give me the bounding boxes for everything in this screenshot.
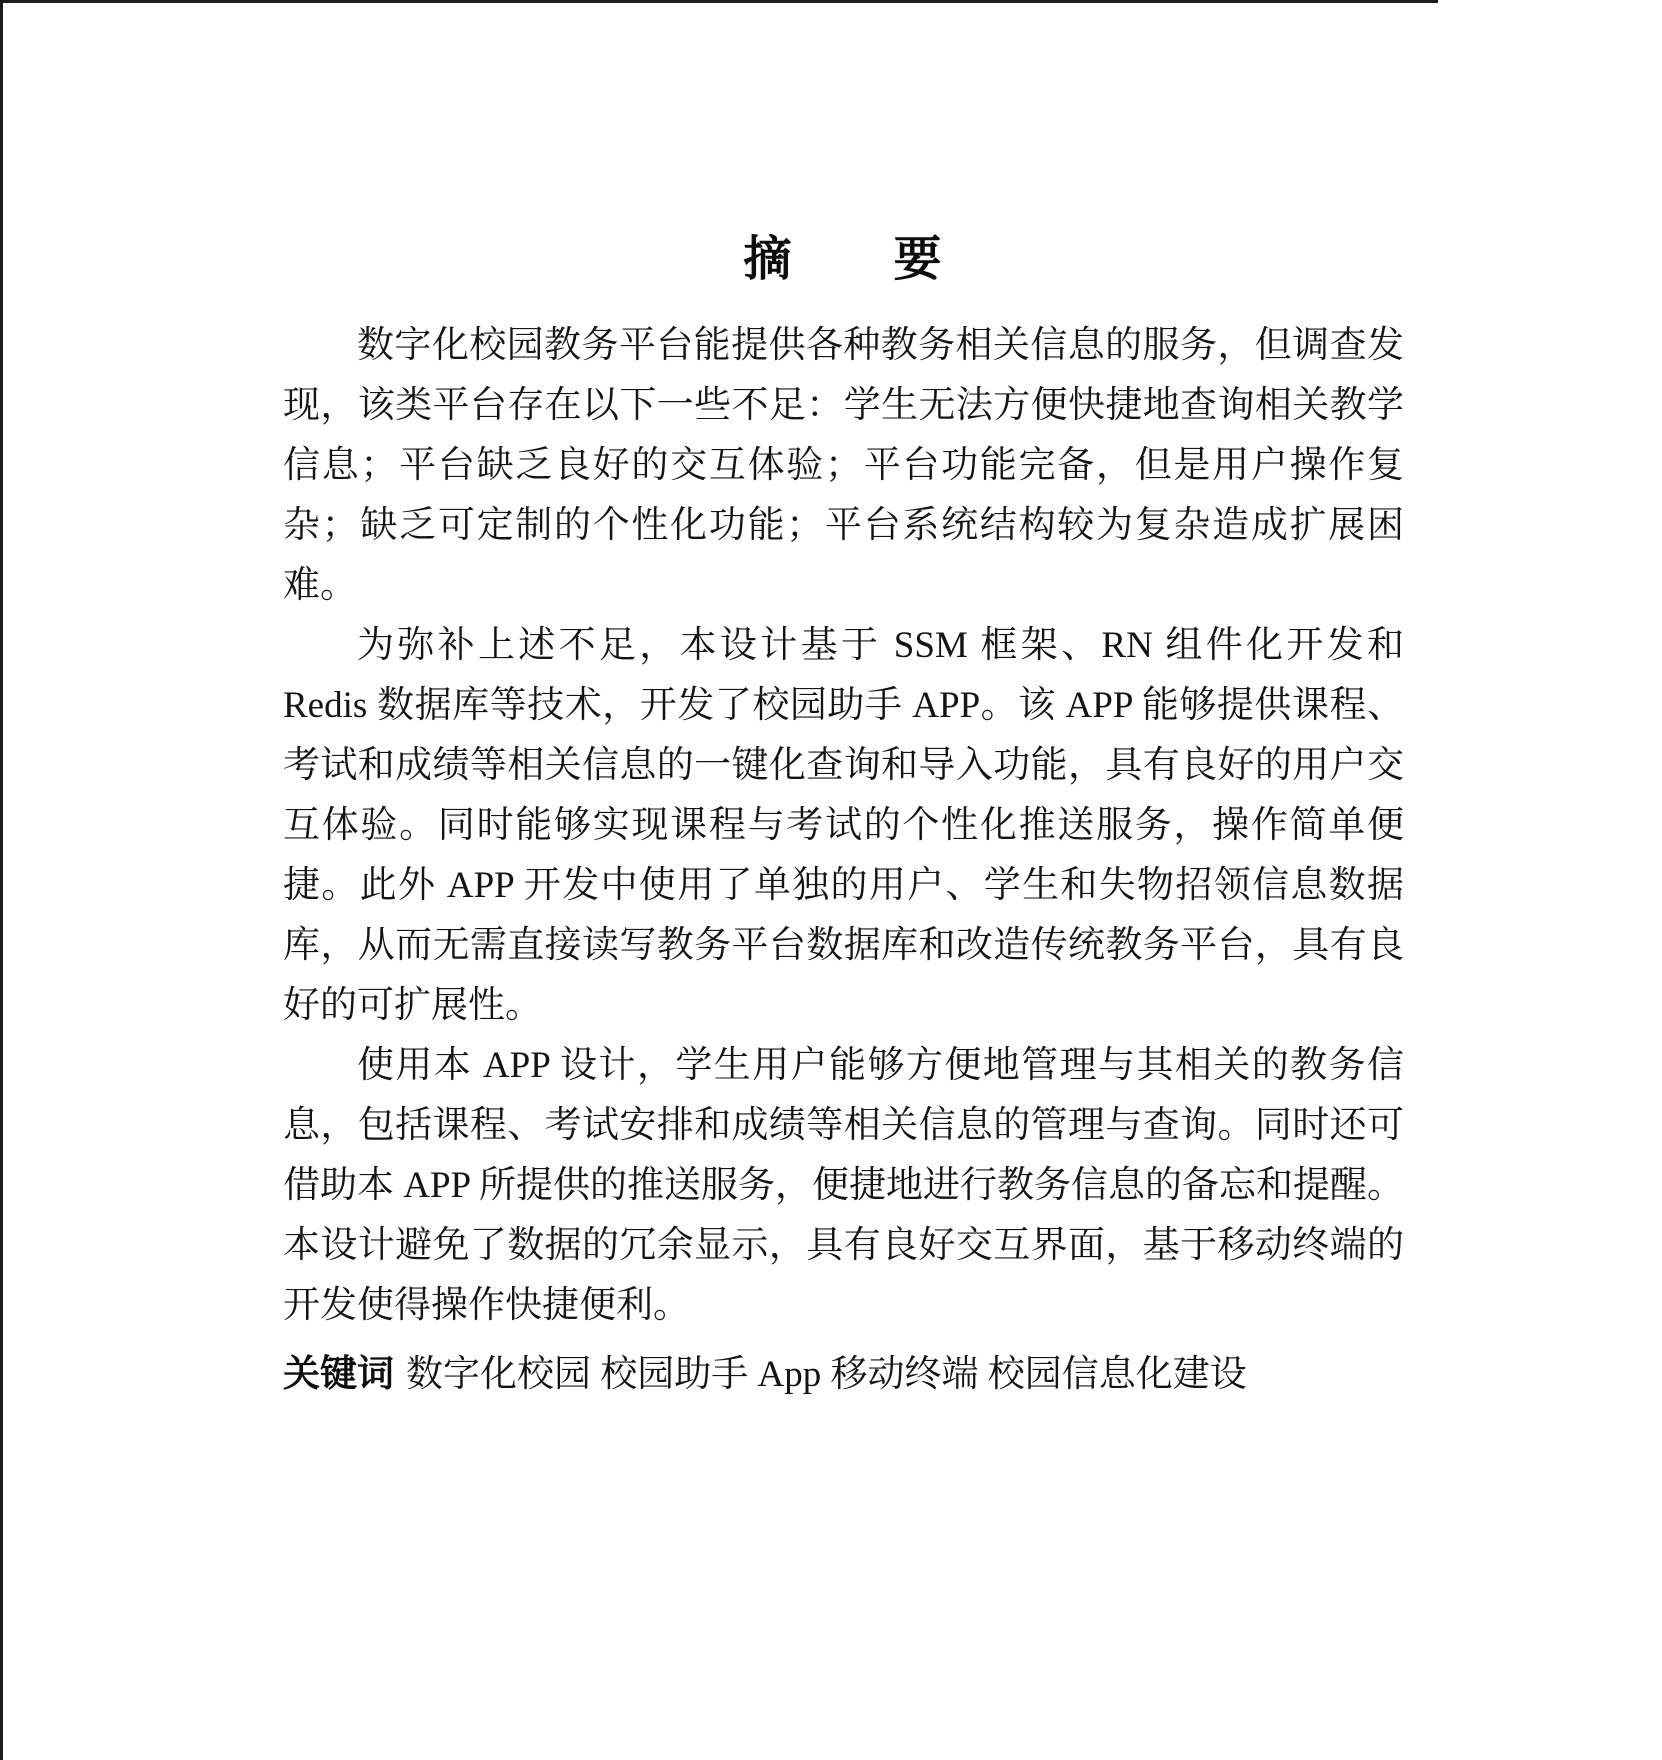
scan-edge-top-line bbox=[0, 0, 1438, 3]
abstract-paragraph-1: 数字化校园教务平台能提供各种教务相关信息的服务，但调查发现，该类平台存在以下一些… bbox=[283, 316, 1404, 616]
abstract-content: 摘 要 数字化校园教务平台能提供各种教务相关信息的服务，但调查发现，该类平台存在… bbox=[283, 230, 1404, 1405]
keywords-text: 数字化校园 校园助手 App 移动终端 校园信息化建设 bbox=[406, 1354, 1247, 1395]
keywords-line: 关键词数字化校园 校园助手 App 移动终端 校园信息化建设 bbox=[283, 1344, 1404, 1405]
keywords-label: 关键词 bbox=[283, 1353, 394, 1394]
scan-edge-left-line bbox=[0, 0, 3, 1760]
abstract-paragraph-2: 为弥补上述不足，本设计基于 SSM 框架、RN 组件化开发和 Redis 数据库… bbox=[283, 616, 1404, 1036]
page-title: 摘 要 bbox=[283, 230, 1404, 290]
abstract-paragraph-3: 使用本 APP 设计，学生用户能够方便地管理与其相关的教务信息，包括课程、考试安… bbox=[283, 1036, 1404, 1336]
scanned-abstract-page: 摘 要 数字化校园教务平台能提供各种教务相关信息的服务，但调查发现，该类平台存在… bbox=[0, 0, 1662, 1760]
